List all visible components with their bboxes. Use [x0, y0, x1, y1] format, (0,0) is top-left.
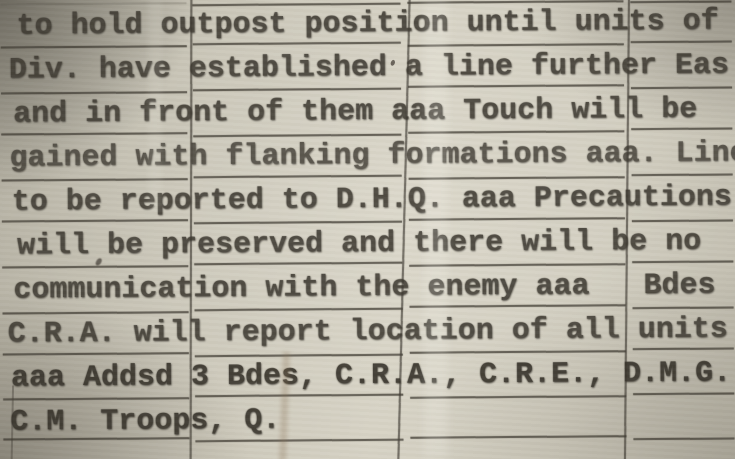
typed-line: Div. have established a line further Eas — [9, 48, 729, 87]
paper-crease — [424, 0, 448, 459]
row-rule-segment — [194, 221, 402, 224]
typed-line: to be reported to D.H.Q. aaa Precautions — [12, 180, 732, 219]
row-rule-segment — [195, 308, 403, 311]
row-rule-segment — [2, 219, 188, 222]
row-rule-segment — [193, 42, 401, 45]
row-rule-segment — [3, 311, 189, 314]
row-rule-segment — [195, 354, 403, 357]
row-rule-segment — [631, 86, 732, 89]
row-rule-segment — [630, 0, 731, 3]
typed-line: C.R.A. will report location of all units — [8, 312, 728, 351]
row-rule-segment — [193, 88, 401, 91]
ruled-form-sheet: to hold outpost position until units of … — [0, 0, 735, 459]
row-rule-segment — [195, 394, 403, 397]
row-rule-segment — [633, 437, 734, 440]
row-rule-segment — [195, 439, 403, 442]
row-rule-segment — [632, 173, 733, 176]
paper-crease — [148, 0, 162, 210]
row-rule-segment — [632, 260, 733, 263]
row-rule-segment — [631, 40, 732, 43]
row-rule-segment — [632, 219, 733, 222]
typed-line: communication with the enemy aaa Bdes — [13, 269, 715, 308]
row-rule-segment — [194, 262, 402, 265]
row-rule-segment — [633, 347, 734, 350]
typed-line: C.M. Troops, Q. — [10, 404, 280, 440]
row-rule-segment — [633, 392, 734, 395]
row-rule-segment — [631, 127, 732, 130]
row-rule-segment — [633, 306, 734, 309]
row-rule-segment — [3, 352, 189, 355]
row-rule-segment — [2, 265, 188, 268]
row-rule-segment — [3, 397, 189, 400]
typed-line: aaa Addsd 3 Bdes, C.R.A., C.R.E., D.M.G. — [11, 356, 731, 395]
typed-line: gained with flanking formations aaa. Lin… — [9, 136, 735, 175]
typed-line: and in front of them aaa Touch will be — [13, 93, 697, 132]
row-rule-segment — [194, 175, 402, 178]
photo-of-document: { "colors": { "paper": "#cdc9bb", "ink":… — [0, 0, 735, 459]
typed-line: to hold outpost position until units of — [16, 5, 718, 44]
row-rule-segment — [193, 134, 401, 137]
typed-line: will be preserved and there will be no — [17, 225, 701, 264]
row-rule-segment — [192, 2, 400, 5]
